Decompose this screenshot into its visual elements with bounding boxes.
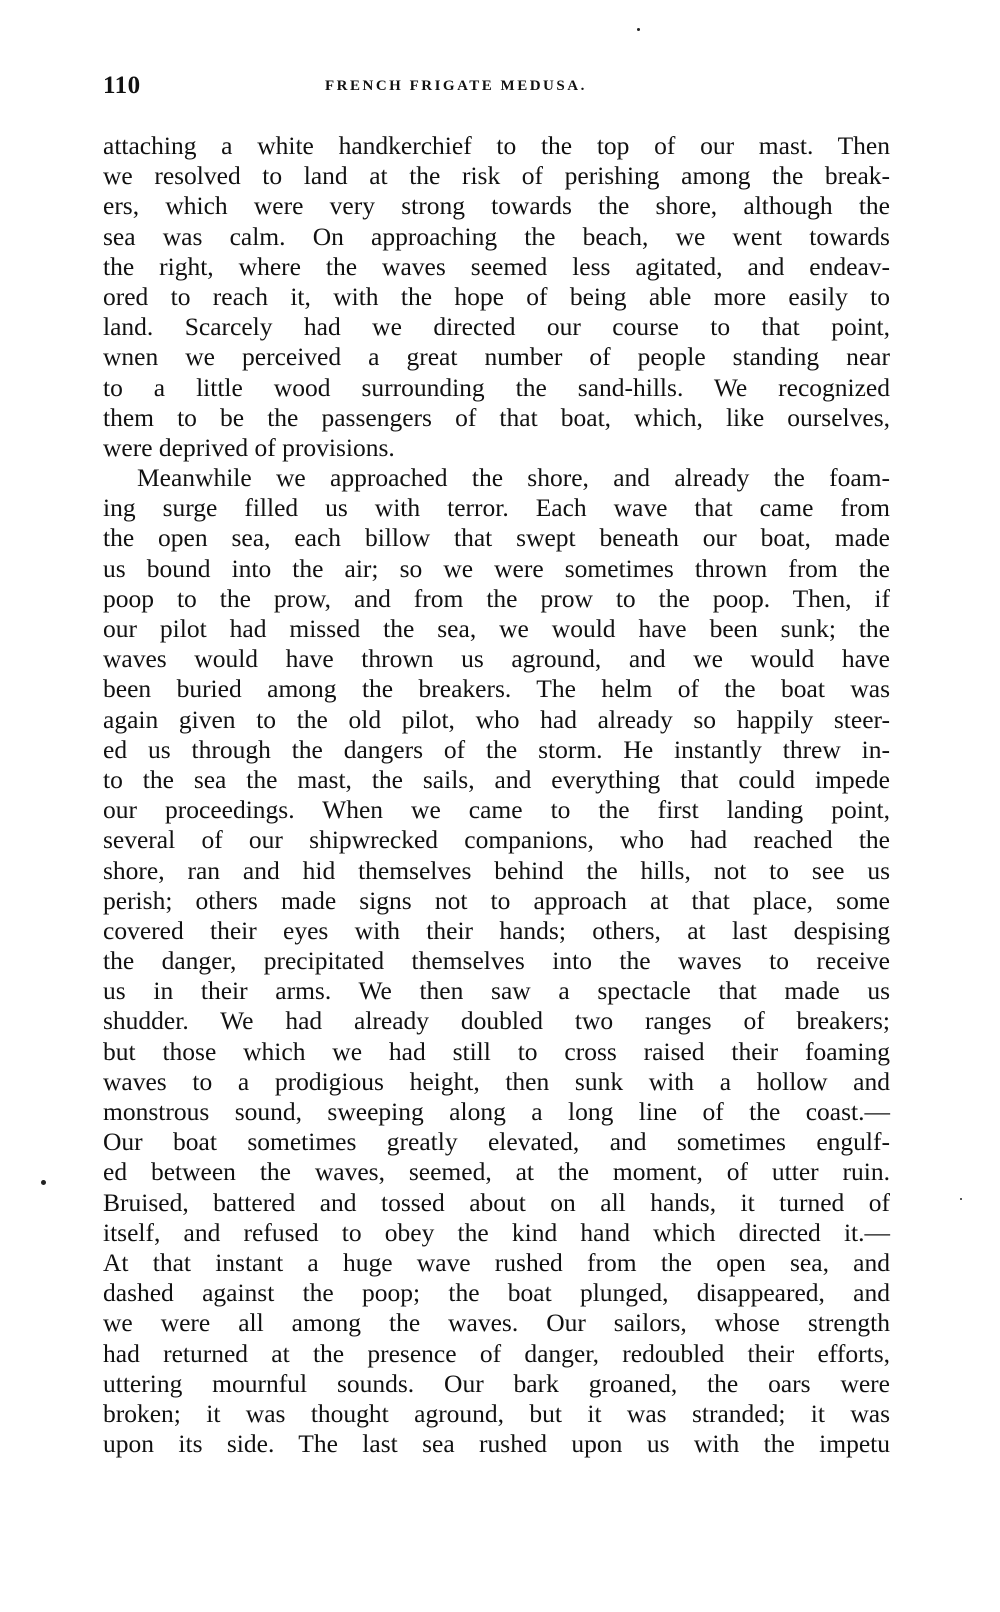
scan-speck	[637, 28, 640, 31]
text-line: waves would have thrown us aground, and …	[103, 644, 890, 674]
text-line: ed between the waves, seemed, at the mom…	[103, 1157, 890, 1187]
text-line: the right, where the waves seemed less a…	[103, 252, 890, 282]
text-line: attaching a white handkerchief to the to…	[103, 131, 890, 161]
text-line: us bound into the air; so we were someti…	[103, 554, 890, 584]
text-line: had returned at the presence of danger, …	[103, 1339, 890, 1369]
text-line: ing surge filled us with terror. Each wa…	[103, 493, 890, 523]
text-line: shudder. We had already doubled two rang…	[103, 1006, 890, 1036]
paragraph-2: Meanwhile we approached the shore, and a…	[103, 463, 890, 1459]
text-line: upon its side. The last sea rushed upon …	[103, 1429, 890, 1459]
paragraph-1: attaching a white handkerchief to the to…	[103, 131, 890, 463]
book-page: 110 FRENCH FRIGATE MEDUSA. attaching a w…	[103, 0, 890, 1612]
text-line: ers, which were very strong towards the …	[103, 191, 890, 221]
text-line: our pilot had missed the sea, we would h…	[103, 614, 890, 644]
text-line: Bruised, battered and tossed about on al…	[103, 1188, 890, 1218]
text-line: sea was calm. On approaching the beach, …	[103, 222, 890, 252]
page-number: 110	[103, 72, 141, 100]
text-line: to a little wood surrounding the sand-hi…	[103, 373, 890, 403]
text-line: Our boat sometimes greatly elevated, and…	[103, 1127, 890, 1157]
text-line: ored to reach it, with the hope of being…	[103, 282, 890, 312]
text-line: were deprived of provisions.	[103, 433, 890, 463]
text-line: itself, and refused to obey the kind han…	[103, 1218, 890, 1248]
text-line: poop to the prow, and from the prow to t…	[103, 584, 890, 614]
text-line: dashed against the poop; the boat plunge…	[103, 1278, 890, 1308]
text-line: our proceedings. When we came to the fir…	[103, 795, 890, 825]
text-line: several of our shipwrecked companions, w…	[103, 825, 890, 855]
text-line: been buried among the breakers. The helm…	[103, 674, 890, 704]
text-line: the danger, precipitated themselves into…	[103, 946, 890, 976]
text-line: the open sea, each billow that swept ben…	[103, 523, 890, 553]
text-line: covered their eyes with their hands; oth…	[103, 916, 890, 946]
text-line: broken; it was thought aground, but it w…	[103, 1399, 890, 1429]
text-line: but those which we had still to cross ra…	[103, 1037, 890, 1067]
text-line: land. Scarcely had we directed our cours…	[103, 312, 890, 342]
text-line: uttering mournful sounds. Our bark groan…	[103, 1369, 890, 1399]
text-line: wnen we perceived a great number of peop…	[103, 342, 890, 372]
text-line: ed us through the dangers of the storm. …	[103, 735, 890, 765]
scan-speck	[960, 1198, 962, 1200]
text-line: At that instant a huge wave rushed from …	[103, 1248, 890, 1278]
text-line: to the sea the mast, the sails, and ever…	[103, 765, 890, 795]
text-line: Meanwhile we approached the shore, and a…	[103, 463, 890, 493]
scan-speck	[41, 1180, 46, 1185]
text-line: shore, ran and hid themselves behind the…	[103, 856, 890, 886]
running-head: 110 FRENCH FRIGATE MEDUSA.	[103, 72, 890, 102]
text-line: we resolved to land at the risk of peris…	[103, 161, 890, 191]
text-line: we were all among the waves. Our sailors…	[103, 1308, 890, 1338]
text-line: us in their arms. We then saw a spectacl…	[103, 976, 890, 1006]
running-title: FRENCH FRIGATE MEDUSA.	[325, 78, 587, 95]
text-line: again given to the old pilot, who had al…	[103, 705, 890, 735]
body-text: attaching a white handkerchief to the to…	[103, 131, 890, 1459]
text-line: monstrous sound, sweeping along a long l…	[103, 1097, 890, 1127]
text-line: perish; others made signs not to approac…	[103, 886, 890, 916]
text-line: them to be the passengers of that boat, …	[103, 403, 890, 433]
text-line: waves to a prodigious height, then sunk …	[103, 1067, 890, 1097]
